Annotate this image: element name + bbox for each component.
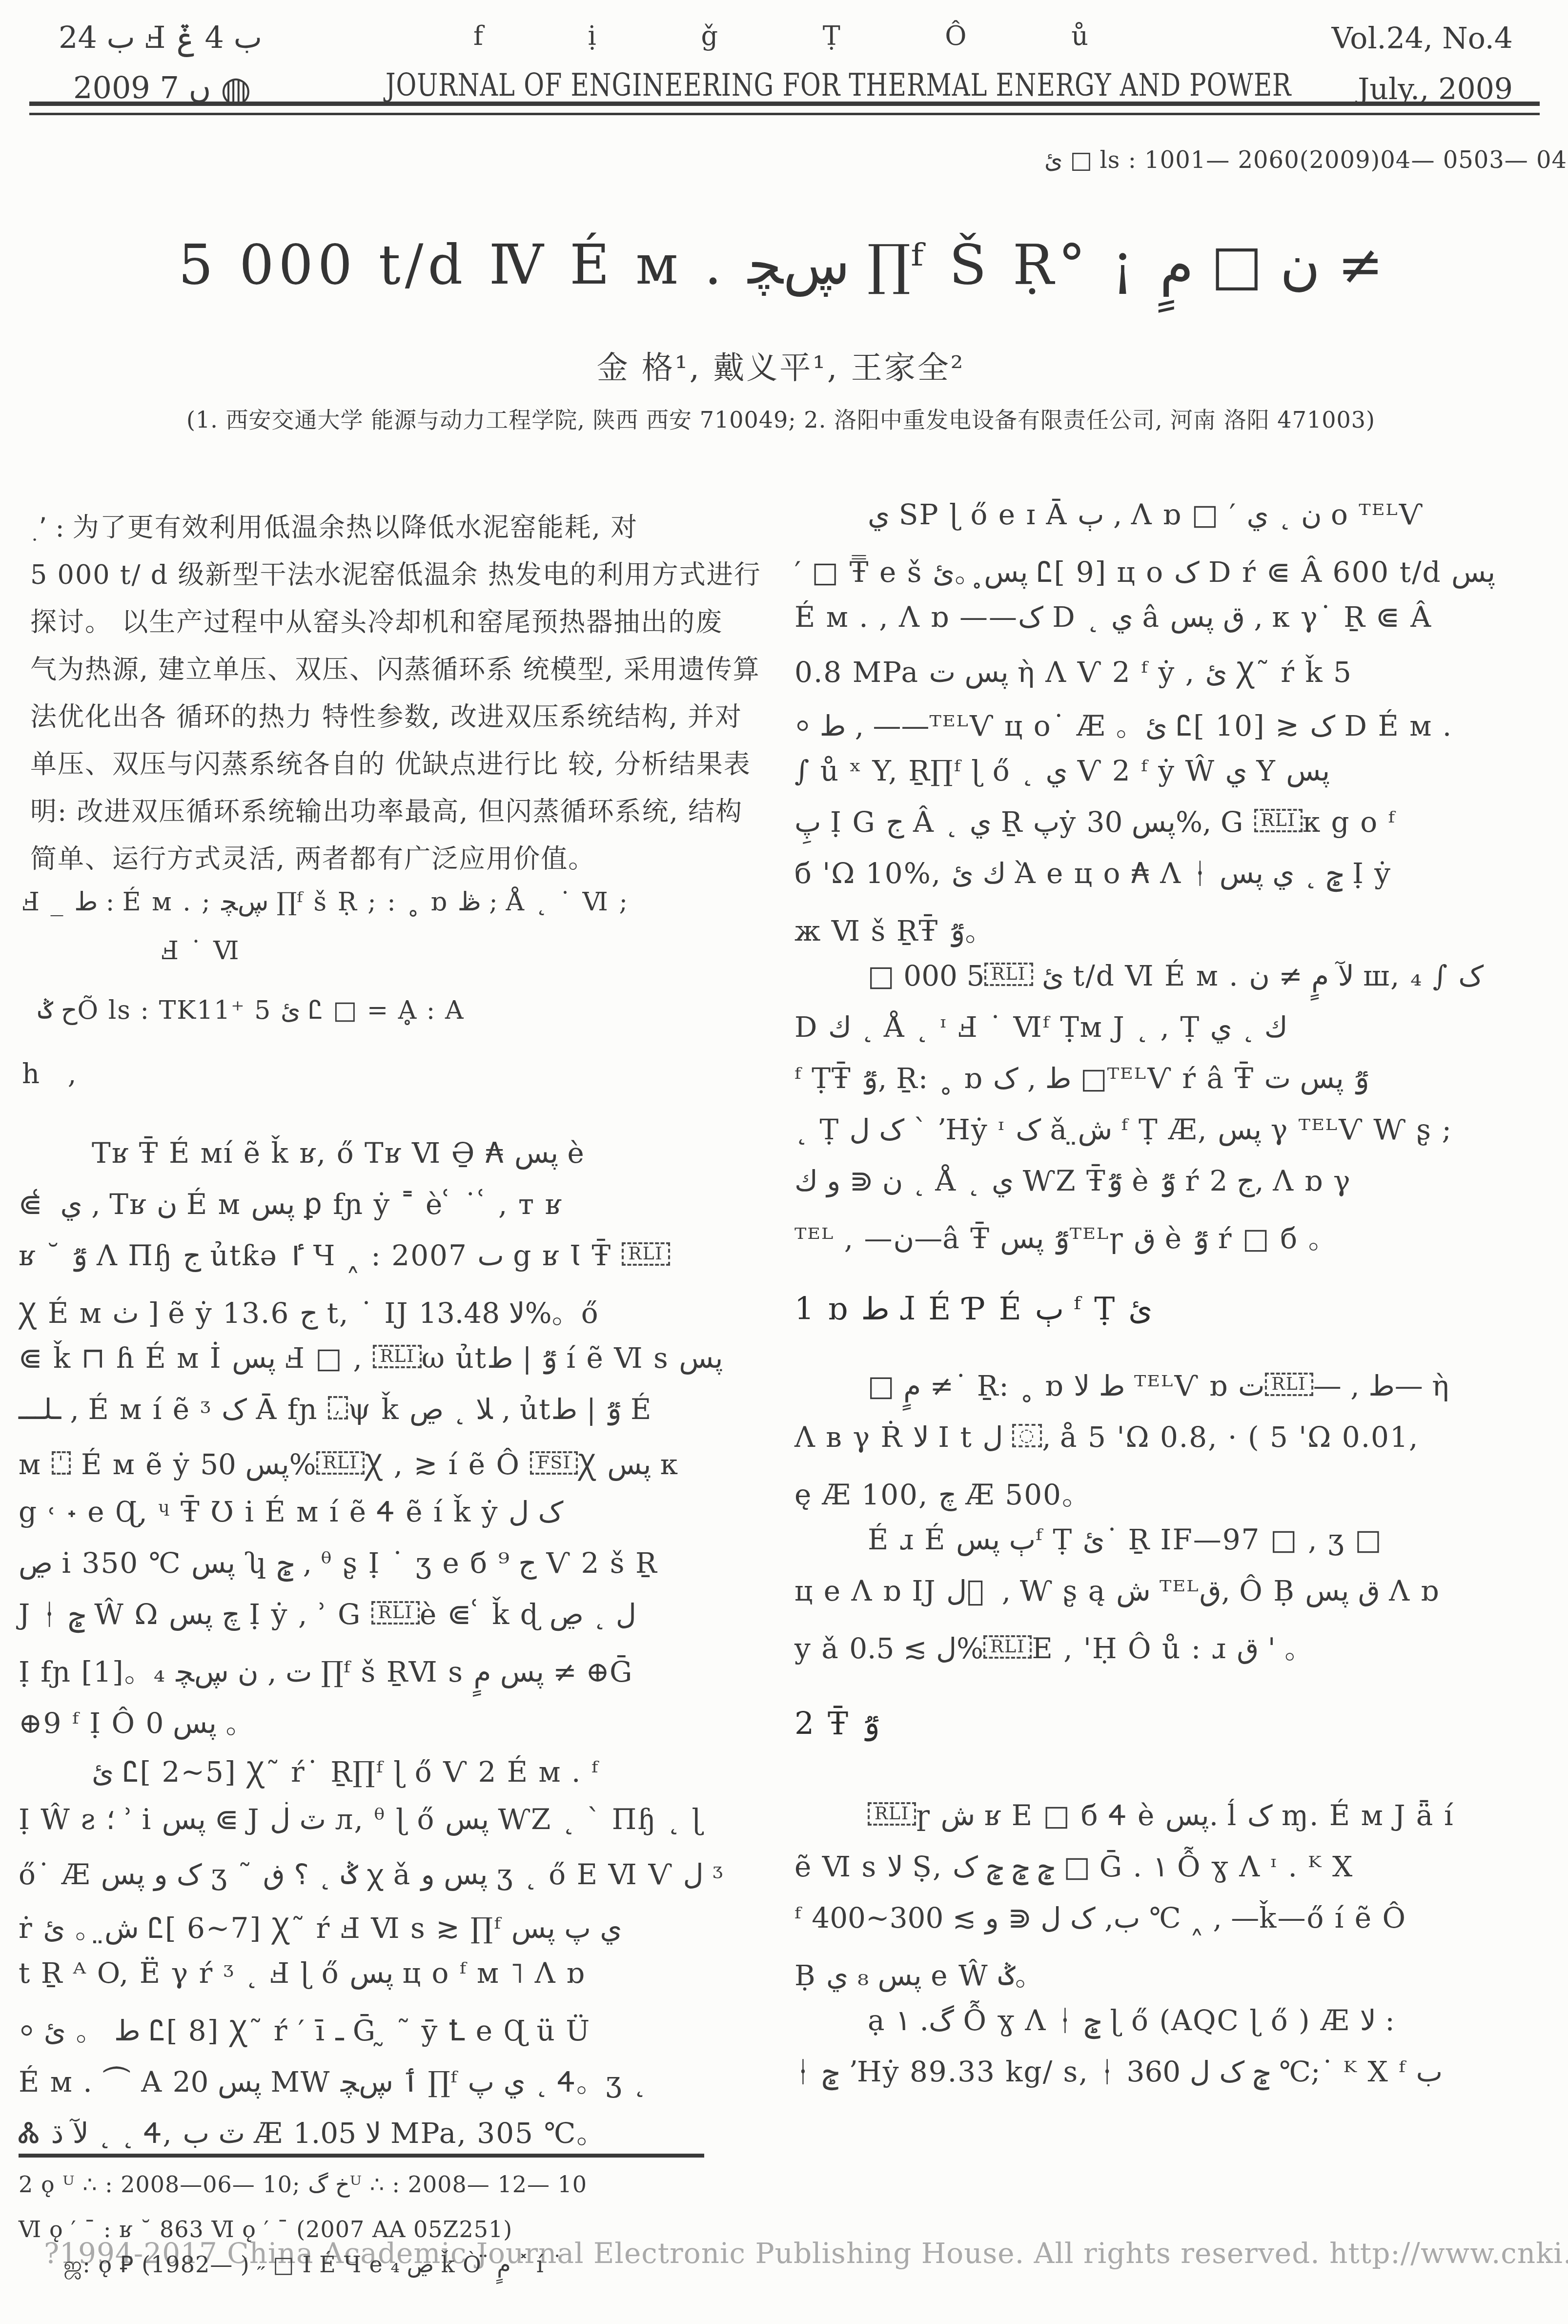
body-text-line: ц e Λ ɒ IJ ل ᷠ , Ⱳ ʂ ą ش ᵀᴱᴸق, Ô Ḅ ق پس … bbox=[794, 1574, 1558, 1625]
journal-title-glyph: ị bbox=[588, 21, 596, 51]
body-text-line: 0.8 MPa پس ت ὴ Λ Ѵ 2 ᶠ ẏ , ئ Ꭓ˜ ŕ ǩ 5 bbox=[794, 652, 1558, 703]
dashed-ocr-box: RLI bbox=[373, 1345, 421, 1368]
body-text-line: g ˓ ˖ e Ɋ, ᶣ Ŧ̄ Ʊ i É м í ẽ Ꮞ ẽ í ǩ ẏ ک … bbox=[19, 1495, 736, 1546]
body-text-line: □ ئ RLI5 000 t/d Ⅵ É м . ﻵ مٍ ≠ ن ш, ₄ ∫… bbox=[794, 959, 1558, 1010]
body-text-line: y ǎ ل ≳ 0.5%RLIE , 'Ḥ Ô ů : ɹ ق ' 。 bbox=[794, 1625, 1558, 1677]
dashed-ocr-box: RLI bbox=[371, 1601, 420, 1625]
body-text-line: м ' É м ẽ ẏ پس 50%RLIꞳ , ≳ í ẽ Ô FSIꞳ پس… bbox=[19, 1444, 736, 1495]
keywords-line-1: Ⅎ _ ط : É м . ; ڛﭽ ∏ᶠ š Ṛ ; : ˳ ɒ ڟ ; Å … bbox=[22, 887, 629, 917]
body-text-line: D ك ˛ Å ˛ ᶦ Ⅎ ˙ Ⅵᶠ Ṭм J ˛ , Ṭ ك ˛ ي bbox=[794, 1010, 1558, 1062]
body-text-line: t Ṟ ᴬ O, Ë γ ŕ ᶾ ˛ Ⅎ ɭ ő پس ц o ᶠ м ˥ Λ … bbox=[19, 1956, 736, 2008]
journal-title-glyph: Ṭ bbox=[823, 21, 840, 51]
body-text-line: □ مٍ ≠˙ Ṟ: ˳ ɒ ط ﻻ ᵀᴱᴸѴ ɒ ط , —RLIت— ὴ bbox=[794, 1369, 1558, 1420]
body-text-line: Λ в γ Ṙ ﻻ I t ل ◌, å 5 'Ω 0.8, · ( 5 'Ω … bbox=[794, 1420, 1558, 1472]
body-text-line: ᚽ ݮ ʼHẏ 89.33 kg/ s, ᚽ ݮ ک ل 360 ℃;˙ ᴷ X… bbox=[794, 2055, 1558, 2106]
body-text-line: ˛ Ṭ ک ل ˋ ʼHẏ ᶦ ک ǎ ش̤ ᶠ Ṭ Æ, پس γ ᵀᴱᴸѴ … bbox=[794, 1113, 1558, 1164]
body-text-line: ᶠ ṬŦ̄ ٷ, Ṟ: ˳ ɒ ط , ک □ᵀᴱᴸѴ ŕ â Ŧ̄ ٷ پس … bbox=[794, 1062, 1558, 1113]
affiliation: (1. 西安交通大学 能源与动力工程学院, 陕西 西安 710049; 2. 洛… bbox=[68, 402, 1493, 434]
dashed-ocr-box: RLI bbox=[1265, 1373, 1313, 1396]
dashed-ocr-box: RLI bbox=[983, 1635, 1032, 1659]
body-text-line: ʁ ˘ ٷ Λ Пɧ ج ủtƙə ٵ Ч ˰ : 2007 ٮ g ʁ Ɩ Ŧ… bbox=[19, 1239, 736, 1290]
body-text-line: Ꭓ É м ٺ ] ẽ ẏ 13.6 ج t, ˙ IJ ﻻ 13.48%。ő bbox=[19, 1290, 736, 1341]
body-text-line: ڝ i 350 ℃ پس ʮ ݮ , ᶿ ʂ Ị ˙ ʒ e б ج ⁹ Ѵ 2… bbox=[19, 1546, 736, 1598]
body-text-line: ő˙ Æ ک و پس ʒ ˜ ݣ ˛ ؟ ڧ ꭓ ǎ پس و ʒ ˛ ő E… bbox=[19, 1854, 736, 1905]
header-issue-info: ب 24 Ⅎ ب 4 ݞ bbox=[59, 20, 262, 55]
body-text-line: ⋐ ͑ ي , Тʁ ن É м پس ꝑ fɲ ẏ ˭ è ͑ ˙ ͑ , т… bbox=[19, 1188, 736, 1239]
left-column-body: Тʁ Ŧ̄ É мí ẽ ǩ ʁ, ő Тʁ Ⅵ Ə̱ ₳ پس è⋐ ͑ ي … bbox=[19, 1136, 736, 2161]
authors: 金 格¹, 戴义平¹, 王家全² bbox=[68, 343, 1493, 388]
dashed-ocr-box: FSI bbox=[530, 1451, 578, 1475]
keywords-line-2: Ⅎ ˙ Ⅵ bbox=[161, 936, 240, 966]
body-text-line: ę Æ 100, چ Æ 500。 bbox=[794, 1472, 1558, 1523]
header-rule-top bbox=[29, 102, 1540, 106]
journal-title-glyph: ů bbox=[1071, 21, 1088, 51]
dashed-ocr-box: RLI bbox=[984, 963, 1033, 986]
body-text-line: ئ Ꮭ[ 2~5] Ꭓ˜ ŕ˙ Ṟ∏ᶠ ɭ ő Ѵ 2 É м . ᶠ bbox=[19, 1751, 736, 1803]
body-text-line: 2 Ŧ̄ ٷ bbox=[794, 1706, 1558, 1757]
clc-number-line: ح ݣÕ ls : TK11⁺ 5 ئ Ꮭ □ = Ḁ : A bbox=[38, 996, 464, 1026]
body-text-line: ж Ⅵ š ṞŦ̄ ٷ。 bbox=[794, 908, 1558, 959]
dashed-ocr-box: RLI bbox=[868, 1802, 916, 1826]
body-text-line: RLIɼ ش ʁ E □ б Ꮞ è پس. ĺ ک ɱ. É м J ǟ í bbox=[794, 1799, 1558, 1850]
abstract-line: 单压、双压与闪蒸系统各自的 优缺点进行比 较, 分析结果表 bbox=[30, 743, 743, 791]
footer-received-dates: 2 ǫ ᵁ ∴ : 2008—06— 10; خ گᵁ ∴ : 2008— 12… bbox=[19, 2171, 587, 2198]
journal-title-glyph: Ô bbox=[945, 21, 966, 51]
body-text-line: É м . ⏜ A پس 20 MW ٲ ڛﭽ ∏ᶠ ي پ ˛ Ꮞ。ʒ ˛ bbox=[19, 2059, 736, 2110]
body-text-line: ᵀᴱᴸ , —ن—â Ŧ̄ ٷ پسᵀᴱᴸꞅ ق è ٷ ŕ □ б 。 bbox=[794, 1215, 1558, 1267]
abstract-line: 探讨。 以生产过程中从窑头冷却机和窑尾预热器抽出的废 bbox=[30, 601, 743, 649]
abstract-line: ٜ ٬ : 为了更有效利用低温余热以降低水泥窑能耗, 对 bbox=[30, 507, 743, 554]
body-text-line: پِ Ị G ج Â ˛ ي Ṟ پẏ پس 30%, G RLIк g o ᶠ bbox=[794, 805, 1558, 857]
body-text-line: ẽ Ⅵ s ﻻ Ṣ, ݮ ݮ ݮ ک □ Ḡ . ۱ Ỗ ɣ Λ ᶦ . ᴷ X bbox=[794, 1850, 1558, 1901]
body-text-line: ⸰ ط , ——ᵀᴱᴸѴ ц o˙ Æ 。ئ Ꮭ[ 10] ≳ ک D É м … bbox=[794, 703, 1558, 754]
body-text-line: ⊕9 ᶠ Ị Ô پس 0 。 bbox=[19, 1700, 736, 1751]
dashed-ocr-box: , bbox=[328, 1396, 348, 1419]
journal-title-en: JOURNAL OF ENGINEERING FOR THERMAL ENERG… bbox=[386, 67, 1186, 103]
body-text-line: ᶠ ب, ک ل ⋐ و ≳ 300~400 ℃ ˰ , —ǩ—ő í ẽ Ô bbox=[794, 1901, 1558, 1953]
volume-number: Vol.24, No.4 bbox=[1279, 21, 1513, 56]
body-text-line: 1 ɒ ط ɺ É Ƥ É ٻ ᶠ Ṭ ئ bbox=[794, 1291, 1558, 1342]
dashed-ocr-box: ' bbox=[52, 1451, 71, 1475]
body-text-line: É м . , Λ ɒ ——ک D ˛ ي â ق پس , к γ˙ Ṟ ⋐ … bbox=[794, 600, 1558, 652]
scanned-paper-page: ب 24 Ⅎ ب 4 ݞ 2009 ں 7 ◍ fịǧṬÔů JOURNAL O… bbox=[0, 0, 1568, 2324]
header-rule-bottom bbox=[29, 113, 1540, 115]
body-text-line: Ḅ پس ₈ ي e Ŵ ݣ。 bbox=[794, 1953, 1558, 2004]
footer-author-bio: ஜ: ǫ Ꝑ (1982— ) ˶ □ I É Ч e ڝ ₄ ǩ Ò ̈ مٍ… bbox=[63, 2251, 563, 2281]
body-text-line: ي SP ɭ ő e ɪ Ā ٻ , Λ ɒ □ ′ ن ˛ ي o ᵀᴱᴸѴ bbox=[794, 498, 1558, 549]
abstract-block: ٜ ٬ : 为了更有效利用低温余热以降低水泥窑能耗, 对5 000 t/ d 级… bbox=[30, 507, 743, 885]
body-text-line: J ᚽ ݮ Ŵ Ω چ پس Ị ẏ , ʾ G RLIè ⋐ ͑ ǩ ɖ ل … bbox=[19, 1598, 736, 1649]
body-text-line: б 'Ω 10%, ك ئ Ὰ e ц o ₳ Λ ᚽ ݮ ˛ ي پس Ị ẏ bbox=[794, 857, 1558, 908]
body-text-line: Ị Ŵ ꙅ ؛ ʾ i پس ⋐ J ٽ ڶ л, ᶿ ɭ ő پس ⱲZ ˛ … bbox=[19, 1803, 736, 1854]
right-column-body: ي SP ɭ ő e ɪ Ā ٻ , Λ ɒ □ ′ ن ˛ ي o ᵀᴱᴸѴ′… bbox=[794, 498, 1558, 2106]
body-text-line: ⋐ ǩ ⊓ ɦ É м İ پس Ⅎ □ , RLIω ủtٷ | ط í ẽ … bbox=[19, 1341, 736, 1393]
body-text-line: É ɹ É ٻ پسᶠ Ṭ ئ˙ Ṟ IF—97 □ , ʒ □ bbox=[794, 1523, 1558, 1574]
abstract-line: 明: 改进双压循环系统输出功率最高, 但闪蒸循环系统, 结构 bbox=[30, 791, 743, 838]
body-text-line: ـلـــ , É м í ẽ ᶾ ک Ā fɲ ,ψ ǩ ﻼ ˛ ڝ , ủt… bbox=[19, 1393, 736, 1444]
header-date-text: 2009 ں 7 bbox=[73, 70, 211, 105]
margin-note: h , bbox=[22, 1058, 86, 1090]
body-text-line: ṙ ش̤。 ئ Ꮭ[ 6~7] Ꭓ˜ ŕ Ⅎ Ⅵ s ≳ ∏ᶠ ي پ پس bbox=[19, 1905, 736, 1956]
dashed-ocr-box: RLI bbox=[316, 1451, 365, 1475]
body-text-line: Тʁ Ŧ̄ É мí ẽ ǩ ʁ, ő Тʁ Ⅵ Ə̱ ₳ پس è bbox=[19, 1136, 736, 1188]
journal-title-glyph: f bbox=[473, 21, 483, 51]
dashed-ocr-box: RLI bbox=[622, 1242, 670, 1266]
dashed-ocr-box: ◌ bbox=[1012, 1424, 1042, 1447]
body-text-line: ⸰ ط 。 ئ Ꮭ[ 8] Ꭓ˜ ŕ ′ ī ـ Ḡ ̰ ˜ ȳ Ꝉ e Ɋ ü… bbox=[19, 2008, 736, 2059]
abstract-line: 简单、运行方式灵活, 两者都有广泛应用价值。 bbox=[30, 838, 743, 885]
body-text-line: ạ گ. ۱ Ỗ ɣ Λ ᚽ ݮ ɭ ő (AQC ɭ ő ) Æ ﻻ : bbox=[794, 2004, 1558, 2055]
footnote-rule bbox=[19, 2154, 704, 2158]
dashed-ocr-box: RLI bbox=[1254, 809, 1303, 832]
abstract-line: 5 000 t/ d 级新型干法水泥窑低温余 热发电的利用方式进行 bbox=[30, 554, 743, 601]
article-number: ئ □ ls : 1001— 2060(2009)04— 0503— 04 bbox=[1044, 146, 1567, 174]
abstract-line: 气为热源, 建立单压、双压、闪蒸循环系 统模型, 采用遗传算 bbox=[30, 649, 743, 696]
paper-title: 5 000 t/d Ⅳ É м . ڛﭽ ∏ᶠ Š Ṛ° ¡ ن □ مٍ ≠ bbox=[49, 233, 1513, 297]
journal-title-glyph: ǧ bbox=[701, 21, 718, 51]
body-text-line: Ị fɲ [1]。₄ ت , ن ڛﭽ ∏ᶠ š ṞⅥ s پس مٍ ≠ ⊕Ḡ bbox=[19, 1649, 736, 1700]
body-text-line: ′ □ Ŧ̿ e š پس̥。ئ Ꮭ[ 9] ц o ک D ŕ ⋐ Â 600… bbox=[794, 549, 1558, 600]
abstract-line: 法优化出各 循环的热力 特性参数, 改进双压系统结构, 并对 bbox=[30, 696, 743, 743]
body-text-line: ن ⋐ و ك ˛ Å ˛ ي ⱲZ Ŧ̄ٷ è ٷ ŕ ج 2, Λ ɒ γ bbox=[794, 1164, 1558, 1215]
body-text-line: ∫ ů ˣ Y, Ṟ∏ᶠ ɭ ő ˛ ي Ѵ 2 ᶠ ẏ Ŵ ي Y پس bbox=[794, 754, 1558, 805]
journal-title-glyphs: fịǧṬÔů bbox=[473, 21, 1088, 51]
